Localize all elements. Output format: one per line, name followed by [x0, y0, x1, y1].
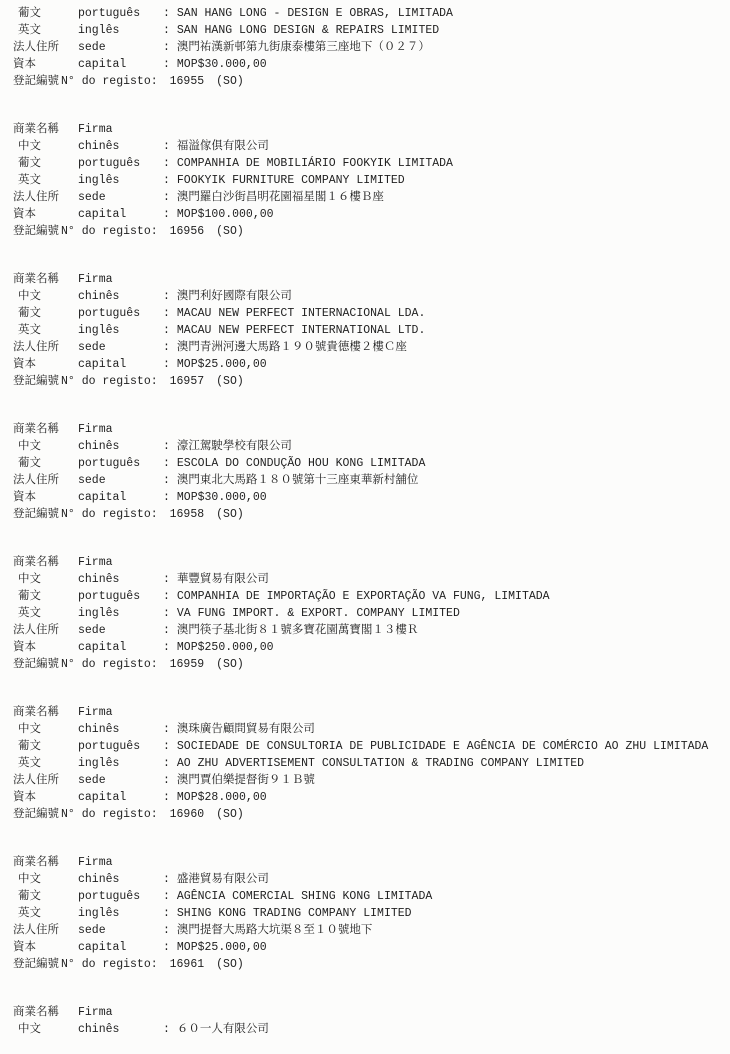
english-name-row: 英文inglês:FOOKYIK FURNITURE COMPANY LIMIT… — [13, 172, 730, 189]
colon-separator: : — [163, 624, 170, 637]
label-pt: Firma — [78, 1004, 163, 1021]
english-name-row: 英文inglês:AO ZHU ADVERTISEMENT CONSULTATI… — [13, 755, 730, 772]
label-zh: 資本 — [13, 56, 78, 73]
chinese-name-value: 濠江駕駛學校有限公司 — [177, 440, 292, 453]
label-pt: sede — [78, 922, 163, 939]
label-pt: chinês — [78, 288, 163, 305]
registration-row: 登記編號N° do registo:16961(SO) — [13, 956, 730, 973]
colon-separator: : — [163, 440, 170, 453]
label-pt: sede — [78, 39, 163, 56]
english-name-row: 英文inglês:SAN HANG LONG DESIGN & REPAIRS … — [13, 22, 730, 39]
label-zh: 法人住所 — [13, 922, 78, 939]
label-pt: N° do registo: — [61, 225, 158, 238]
label-zh: 法人住所 — [13, 472, 78, 489]
registry-entry: 商業名稱Firma 中文chinês:盛港貿易有限公司 葡文português:… — [13, 854, 730, 973]
registration-suffix: (SO) — [216, 75, 244, 88]
chinese-name-row: 中文chinês:６０一人有限公司 — [13, 1021, 730, 1038]
capital-value: MOP$250.000,00 — [177, 641, 274, 654]
registration-number: 16958 — [170, 508, 205, 521]
registration-suffix: (SO) — [216, 375, 244, 388]
label-pt: português — [78, 588, 163, 605]
label-pt: sede — [78, 339, 163, 356]
colon-separator: : — [163, 290, 170, 303]
label-pt: N° do registo: — [61, 75, 158, 88]
colon-separator: : — [163, 791, 170, 804]
colon-separator: : — [163, 191, 170, 204]
chinese-name-value: ６０一人有限公司 — [177, 1023, 269, 1036]
registration-row: 登記編號N° do registo:16959(SO) — [13, 656, 730, 673]
registry-entry: 商業名稱Firma 中文chinês:澳珠廣告顧問貿易有限公司 葡文portug… — [13, 704, 730, 823]
label-pt: chinês — [78, 871, 163, 888]
colon-separator: : — [163, 873, 170, 886]
label-pt: chinês — [78, 721, 163, 738]
label-pt: português — [78, 455, 163, 472]
address-row: 法人住所sede:澳門筷子基北街８１號多寶花園萬寶閣１３樓Ｒ — [13, 622, 730, 639]
label-pt: português — [78, 5, 163, 22]
capital-value: MOP$30.000,00 — [177, 491, 267, 504]
address-value: 澳門提督大馬路大坑渠８至１０號地下 — [177, 924, 373, 937]
registration-row: 登記編號N° do registo:16960(SO) — [13, 806, 730, 823]
colon-separator: : — [163, 941, 170, 954]
registration-row: 登記編號N° do registo:16955(SO) — [13, 73, 730, 90]
chinese-name-value: 福溢傢俱有限公司 — [177, 140, 269, 153]
chinese-name-row: 中文chinês:福溢傢俱有限公司 — [13, 138, 730, 155]
label-zh: 商業名稱 — [13, 271, 78, 288]
label-pt: capital — [78, 639, 163, 656]
registration-number: 16960 — [170, 808, 205, 821]
label-zh: 英文 — [13, 605, 78, 622]
english-name-value: AO ZHU ADVERTISEMENT CONSULTATION & TRAD… — [177, 757, 584, 770]
portuguese-name-row: 葡文português:SAN HANG LONG - DESIGN E OBR… — [13, 5, 730, 22]
label-zh: 登記編號 — [13, 508, 59, 521]
label-zh: 法人住所 — [13, 39, 78, 56]
business-name-header-row: 商業名稱Firma — [13, 704, 730, 721]
label-zh: 葡文 — [13, 888, 78, 905]
chinese-name-value: 盛港貿易有限公司 — [177, 873, 269, 886]
colon-separator: : — [163, 324, 170, 337]
business-name-header-row: 商業名稱Firma — [13, 554, 730, 571]
label-zh: 法人住所 — [13, 772, 78, 789]
label-zh: 資本 — [13, 639, 78, 656]
colon-separator: : — [163, 157, 170, 170]
english-name-value: FOOKYIK FURNITURE COMPANY LIMITED — [177, 174, 405, 187]
colon-separator: : — [163, 41, 170, 54]
label-pt: inglês — [78, 755, 163, 772]
capital-row: 資本capital:MOP$250.000,00 — [13, 639, 730, 656]
label-pt: inglês — [78, 172, 163, 189]
label-pt: sede — [78, 472, 163, 489]
address-row: 法人住所sede:澳門羅白沙街昌明花園福星閣１６樓Ｂ座 — [13, 189, 730, 206]
portuguese-name-value: COMPANHIA DE MOBILIÁRIO FOOKYIK LIMITADA — [177, 157, 453, 170]
label-zh: 商業名稱 — [13, 554, 78, 571]
portuguese-name-value: MACAU NEW PERFECT INTERNACIONAL LDA. — [177, 307, 425, 320]
label-zh: 商業名稱 — [13, 854, 78, 871]
colon-separator: : — [163, 1023, 170, 1036]
label-zh: 登記編號 — [13, 658, 59, 671]
label-pt: inglês — [78, 905, 163, 922]
label-pt: N° do registo: — [61, 508, 158, 521]
label-pt: capital — [78, 789, 163, 806]
label-pt: Firma — [78, 854, 163, 871]
label-pt: Firma — [78, 121, 163, 138]
chinese-name-row: 中文chinês:盛港貿易有限公司 — [13, 871, 730, 888]
registration-suffix: (SO) — [216, 508, 244, 521]
capital-value: MOP$25.000,00 — [177, 358, 267, 371]
registry-entry: 葡文português:SAN HANG LONG - DESIGN E OBR… — [13, 5, 730, 90]
label-zh: 登記編號 — [13, 225, 59, 238]
label-pt: português — [78, 738, 163, 755]
label-zh: 葡文 — [13, 455, 78, 472]
label-zh: 資本 — [13, 356, 78, 373]
chinese-name-value: 澳門利好國際有限公司 — [177, 290, 292, 303]
label-pt: capital — [78, 356, 163, 373]
colon-separator: : — [163, 58, 170, 71]
colon-separator: : — [163, 457, 170, 470]
english-name-row: 英文inglês:SHING KONG TRADING COMPANY LIMI… — [13, 905, 730, 922]
colon-separator: : — [163, 24, 170, 37]
label-zh: 英文 — [13, 905, 78, 922]
registry-entry: 商業名稱Firma 中文chinês:華豐貿易有限公司 葡文português:… — [13, 554, 730, 673]
english-name-row: 英文inglês:VA FUNG IMPORT. & EXPORT. COMPA… — [13, 605, 730, 622]
label-pt: N° do registo: — [61, 808, 158, 821]
colon-separator: : — [163, 140, 170, 153]
label-pt: capital — [78, 489, 163, 506]
address-row: 法人住所sede:澳門祐漢新邨第九街康泰樓第三座地下（０２７） — [13, 39, 730, 56]
registration-suffix: (SO) — [216, 658, 244, 671]
colon-separator: : — [163, 607, 170, 620]
colon-separator: : — [163, 358, 170, 371]
label-pt: capital — [78, 56, 163, 73]
label-zh: 中文 — [13, 721, 78, 738]
chinese-name-row: 中文chinês:華豐貿易有限公司 — [13, 571, 730, 588]
registration-row: 登記編號N° do registo:16957(SO) — [13, 373, 730, 390]
label-zh: 法人住所 — [13, 339, 78, 356]
colon-separator: : — [163, 757, 170, 770]
label-pt: português — [78, 305, 163, 322]
label-zh: 登記編號 — [13, 75, 59, 88]
portuguese-name-row: 葡文português:COMPANHIA DE IMPORTAÇÃO E EX… — [13, 588, 730, 605]
business-name-header-row: 商業名稱Firma — [13, 121, 730, 138]
label-zh: 中文 — [13, 288, 78, 305]
label-pt: Firma — [78, 704, 163, 721]
portuguese-name-value: AGÊNCIA COMERCIAL SHING KONG LIMITADA — [177, 890, 432, 903]
colon-separator: : — [163, 590, 170, 603]
business-name-header-row: 商業名稱Firma — [13, 1004, 730, 1021]
colon-separator: : — [163, 491, 170, 504]
business-name-header-row: 商業名稱Firma — [13, 421, 730, 438]
colon-separator: : — [163, 740, 170, 753]
capital-row: 資本capital:MOP$25.000,00 — [13, 939, 730, 956]
english-name-value: SHING KONG TRADING COMPANY LIMITED — [177, 907, 412, 920]
label-zh: 資本 — [13, 939, 78, 956]
colon-separator: : — [163, 174, 170, 187]
label-zh: 商業名稱 — [13, 704, 78, 721]
label-pt: N° do registo: — [61, 375, 158, 388]
label-pt: capital — [78, 939, 163, 956]
label-zh: 商業名稱 — [13, 1004, 78, 1021]
portuguese-name-row: 葡文português:ESCOLA DO CONDUÇÃO HOU KONG … — [13, 455, 730, 472]
label-zh: 中文 — [13, 1021, 78, 1038]
label-pt: Firma — [78, 554, 163, 571]
label-zh: 葡文 — [13, 155, 78, 172]
capital-row: 資本capital:MOP$25.000,00 — [13, 356, 730, 373]
label-zh: 英文 — [13, 22, 78, 39]
registry-entry: 商業名稱Firma 中文chinês:６０一人有限公司 — [13, 1004, 730, 1038]
label-pt: sede — [78, 772, 163, 789]
label-pt: português — [78, 888, 163, 905]
label-zh: 英文 — [13, 322, 78, 339]
label-pt: chinês — [78, 571, 163, 588]
colon-separator: : — [163, 641, 170, 654]
label-pt: capital — [78, 206, 163, 223]
registration-number: 16959 — [170, 658, 205, 671]
colon-separator: : — [163, 774, 170, 787]
label-pt: chinês — [78, 438, 163, 455]
label-zh: 葡文 — [13, 738, 78, 755]
business-name-header-row: 商業名稱Firma — [13, 271, 730, 288]
english-name-value: MACAU NEW PERFECT INTERNATIONAL LTD. — [177, 324, 425, 337]
label-zh: 商業名稱 — [13, 421, 78, 438]
label-zh: 中文 — [13, 871, 78, 888]
registry-entry: 商業名稱Firma 中文chinês:澳門利好國際有限公司 葡文portuguê… — [13, 271, 730, 390]
capital-row: 資本capital:MOP$30.000,00 — [13, 489, 730, 506]
address-value: 澳門東北大馬路１８０號第十三座東華新村舖位 — [177, 474, 419, 487]
registration-number: 16961 — [170, 958, 205, 971]
address-row: 法人住所sede:澳門東北大馬路１８０號第十三座東華新村舖位 — [13, 472, 730, 489]
label-pt: inglês — [78, 605, 163, 622]
capital-value: MOP$30.000,00 — [177, 58, 267, 71]
registration-number: 16957 — [170, 375, 205, 388]
english-name-value: VA FUNG IMPORT. & EXPORT. COMPANY LIMITE… — [177, 607, 460, 620]
registration-row: 登記編號N° do registo:16958(SO) — [13, 506, 730, 523]
colon-separator: : — [163, 307, 170, 320]
registration-number: 16955 — [170, 75, 205, 88]
label-pt: sede — [78, 189, 163, 206]
label-pt: português — [78, 155, 163, 172]
registration-suffix: (SO) — [216, 958, 244, 971]
label-zh: 登記編號 — [13, 958, 59, 971]
portuguese-name-value: SOCIEDADE DE CONSULTORIA DE PUBLICIDADE … — [177, 740, 708, 753]
portuguese-name-value: SAN HANG LONG - DESIGN E OBRAS, LIMITADA — [177, 7, 453, 20]
capital-value: MOP$25.000,00 — [177, 941, 267, 954]
label-pt: inglês — [78, 22, 163, 39]
label-pt: chinês — [78, 138, 163, 155]
colon-separator: : — [163, 208, 170, 221]
colon-separator: : — [163, 7, 170, 20]
address-row: 法人住所sede:澳門青洲河邊大馬路１９０號貴德樓２樓Ｃ座 — [13, 339, 730, 356]
colon-separator: : — [163, 723, 170, 736]
address-value: 澳門祐漢新邨第九街康泰樓第三座地下（０２７） — [177, 41, 430, 54]
capital-row: 資本capital:MOP$28.000,00 — [13, 789, 730, 806]
colon-separator: : — [163, 890, 170, 903]
chinese-name-value: 澳珠廣告顧問貿易有限公司 — [177, 723, 315, 736]
label-zh: 中文 — [13, 571, 78, 588]
label-zh: 英文 — [13, 172, 78, 189]
chinese-name-value: 華豐貿易有限公司 — [177, 573, 269, 586]
label-zh: 登記編號 — [13, 375, 59, 388]
label-zh: 商業名稱 — [13, 121, 78, 138]
chinese-name-row: 中文chinês:濠江駕駛學校有限公司 — [13, 438, 730, 455]
colon-separator: : — [163, 474, 170, 487]
portuguese-name-value: ESCOLA DO CONDUÇÃO HOU KONG LIMITADA — [177, 457, 425, 470]
capital-row: 資本capital:MOP$100.000,00 — [13, 206, 730, 223]
label-zh: 葡文 — [13, 305, 78, 322]
registration-row: 登記編號N° do registo:16956(SO) — [13, 223, 730, 240]
colon-separator: : — [163, 907, 170, 920]
label-zh: 法人住所 — [13, 622, 78, 639]
label-pt: N° do registo: — [61, 958, 158, 971]
capital-value: MOP$28.000,00 — [177, 791, 267, 804]
label-pt: chinês — [78, 1021, 163, 1038]
registration-suffix: (SO) — [216, 225, 244, 238]
address-row: 法人住所sede:澳門賈伯樂提督街９１Ｂ號 — [13, 772, 730, 789]
portuguese-name-value: COMPANHIA DE IMPORTAÇÃO E EXPORTAÇÃO VA … — [177, 590, 550, 603]
business-name-header-row: 商業名稱Firma — [13, 854, 730, 871]
chinese-name-row: 中文chinês:澳門利好國際有限公司 — [13, 288, 730, 305]
address-row: 法人住所sede:澳門提督大馬路大坑渠８至１０號地下 — [13, 922, 730, 939]
label-zh: 法人住所 — [13, 189, 78, 206]
label-pt: Firma — [78, 271, 163, 288]
label-zh: 葡文 — [13, 588, 78, 605]
registration-number: 16956 — [170, 225, 205, 238]
english-name-value: SAN HANG LONG DESIGN & REPAIRS LIMITED — [177, 24, 439, 37]
label-pt: inglês — [78, 322, 163, 339]
label-pt: N° do registo: — [61, 658, 158, 671]
label-zh: 中文 — [13, 438, 78, 455]
english-name-row: 英文inglês:MACAU NEW PERFECT INTERNATIONAL… — [13, 322, 730, 339]
label-zh: 資本 — [13, 489, 78, 506]
registry-entry: 商業名稱Firma 中文chinês:濠江駕駛學校有限公司 葡文portuguê… — [13, 421, 730, 523]
colon-separator: : — [163, 924, 170, 937]
portuguese-name-row: 葡文português:SOCIEDADE DE CONSULTORIA DE … — [13, 738, 730, 755]
address-value: 澳門青洲河邊大馬路１９０號貴德樓２樓Ｃ座 — [177, 341, 407, 354]
address-value: 澳門賈伯樂提督街９１Ｂ號 — [177, 774, 315, 787]
portuguese-name-row: 葡文português:COMPANHIA DE MOBILIÁRIO FOOK… — [13, 155, 730, 172]
address-value: 澳門筷子基北街８１號多寶花園萬寶閣１３樓Ｒ — [177, 624, 419, 637]
registry-entry: 商業名稱Firma 中文chinês:福溢傢俱有限公司 葡文português:… — [13, 121, 730, 240]
label-zh: 資本 — [13, 206, 78, 223]
chinese-name-row: 中文chinês:澳珠廣告顧問貿易有限公司 — [13, 721, 730, 738]
label-pt: Firma — [78, 421, 163, 438]
registration-suffix: (SO) — [216, 808, 244, 821]
label-zh: 中文 — [13, 138, 78, 155]
label-zh: 葡文 — [13, 5, 78, 22]
colon-separator: : — [163, 573, 170, 586]
capital-row: 資本capital:MOP$30.000,00 — [13, 56, 730, 73]
capital-value: MOP$100.000,00 — [177, 208, 274, 221]
label-zh: 資本 — [13, 789, 78, 806]
gazette-registry-page: 葡文português:SAN HANG LONG - DESIGN E OBR… — [0, 0, 730, 1038]
label-zh: 登記編號 — [13, 808, 59, 821]
address-value: 澳門羅白沙街昌明花園福星閣１６樓Ｂ座 — [177, 191, 384, 204]
portuguese-name-row: 葡文português:MACAU NEW PERFECT INTERNACIO… — [13, 305, 730, 322]
portuguese-name-row: 葡文português:AGÊNCIA COMERCIAL SHING KONG… — [13, 888, 730, 905]
label-zh: 英文 — [13, 755, 78, 772]
colon-separator: : — [163, 341, 170, 354]
label-pt: sede — [78, 622, 163, 639]
